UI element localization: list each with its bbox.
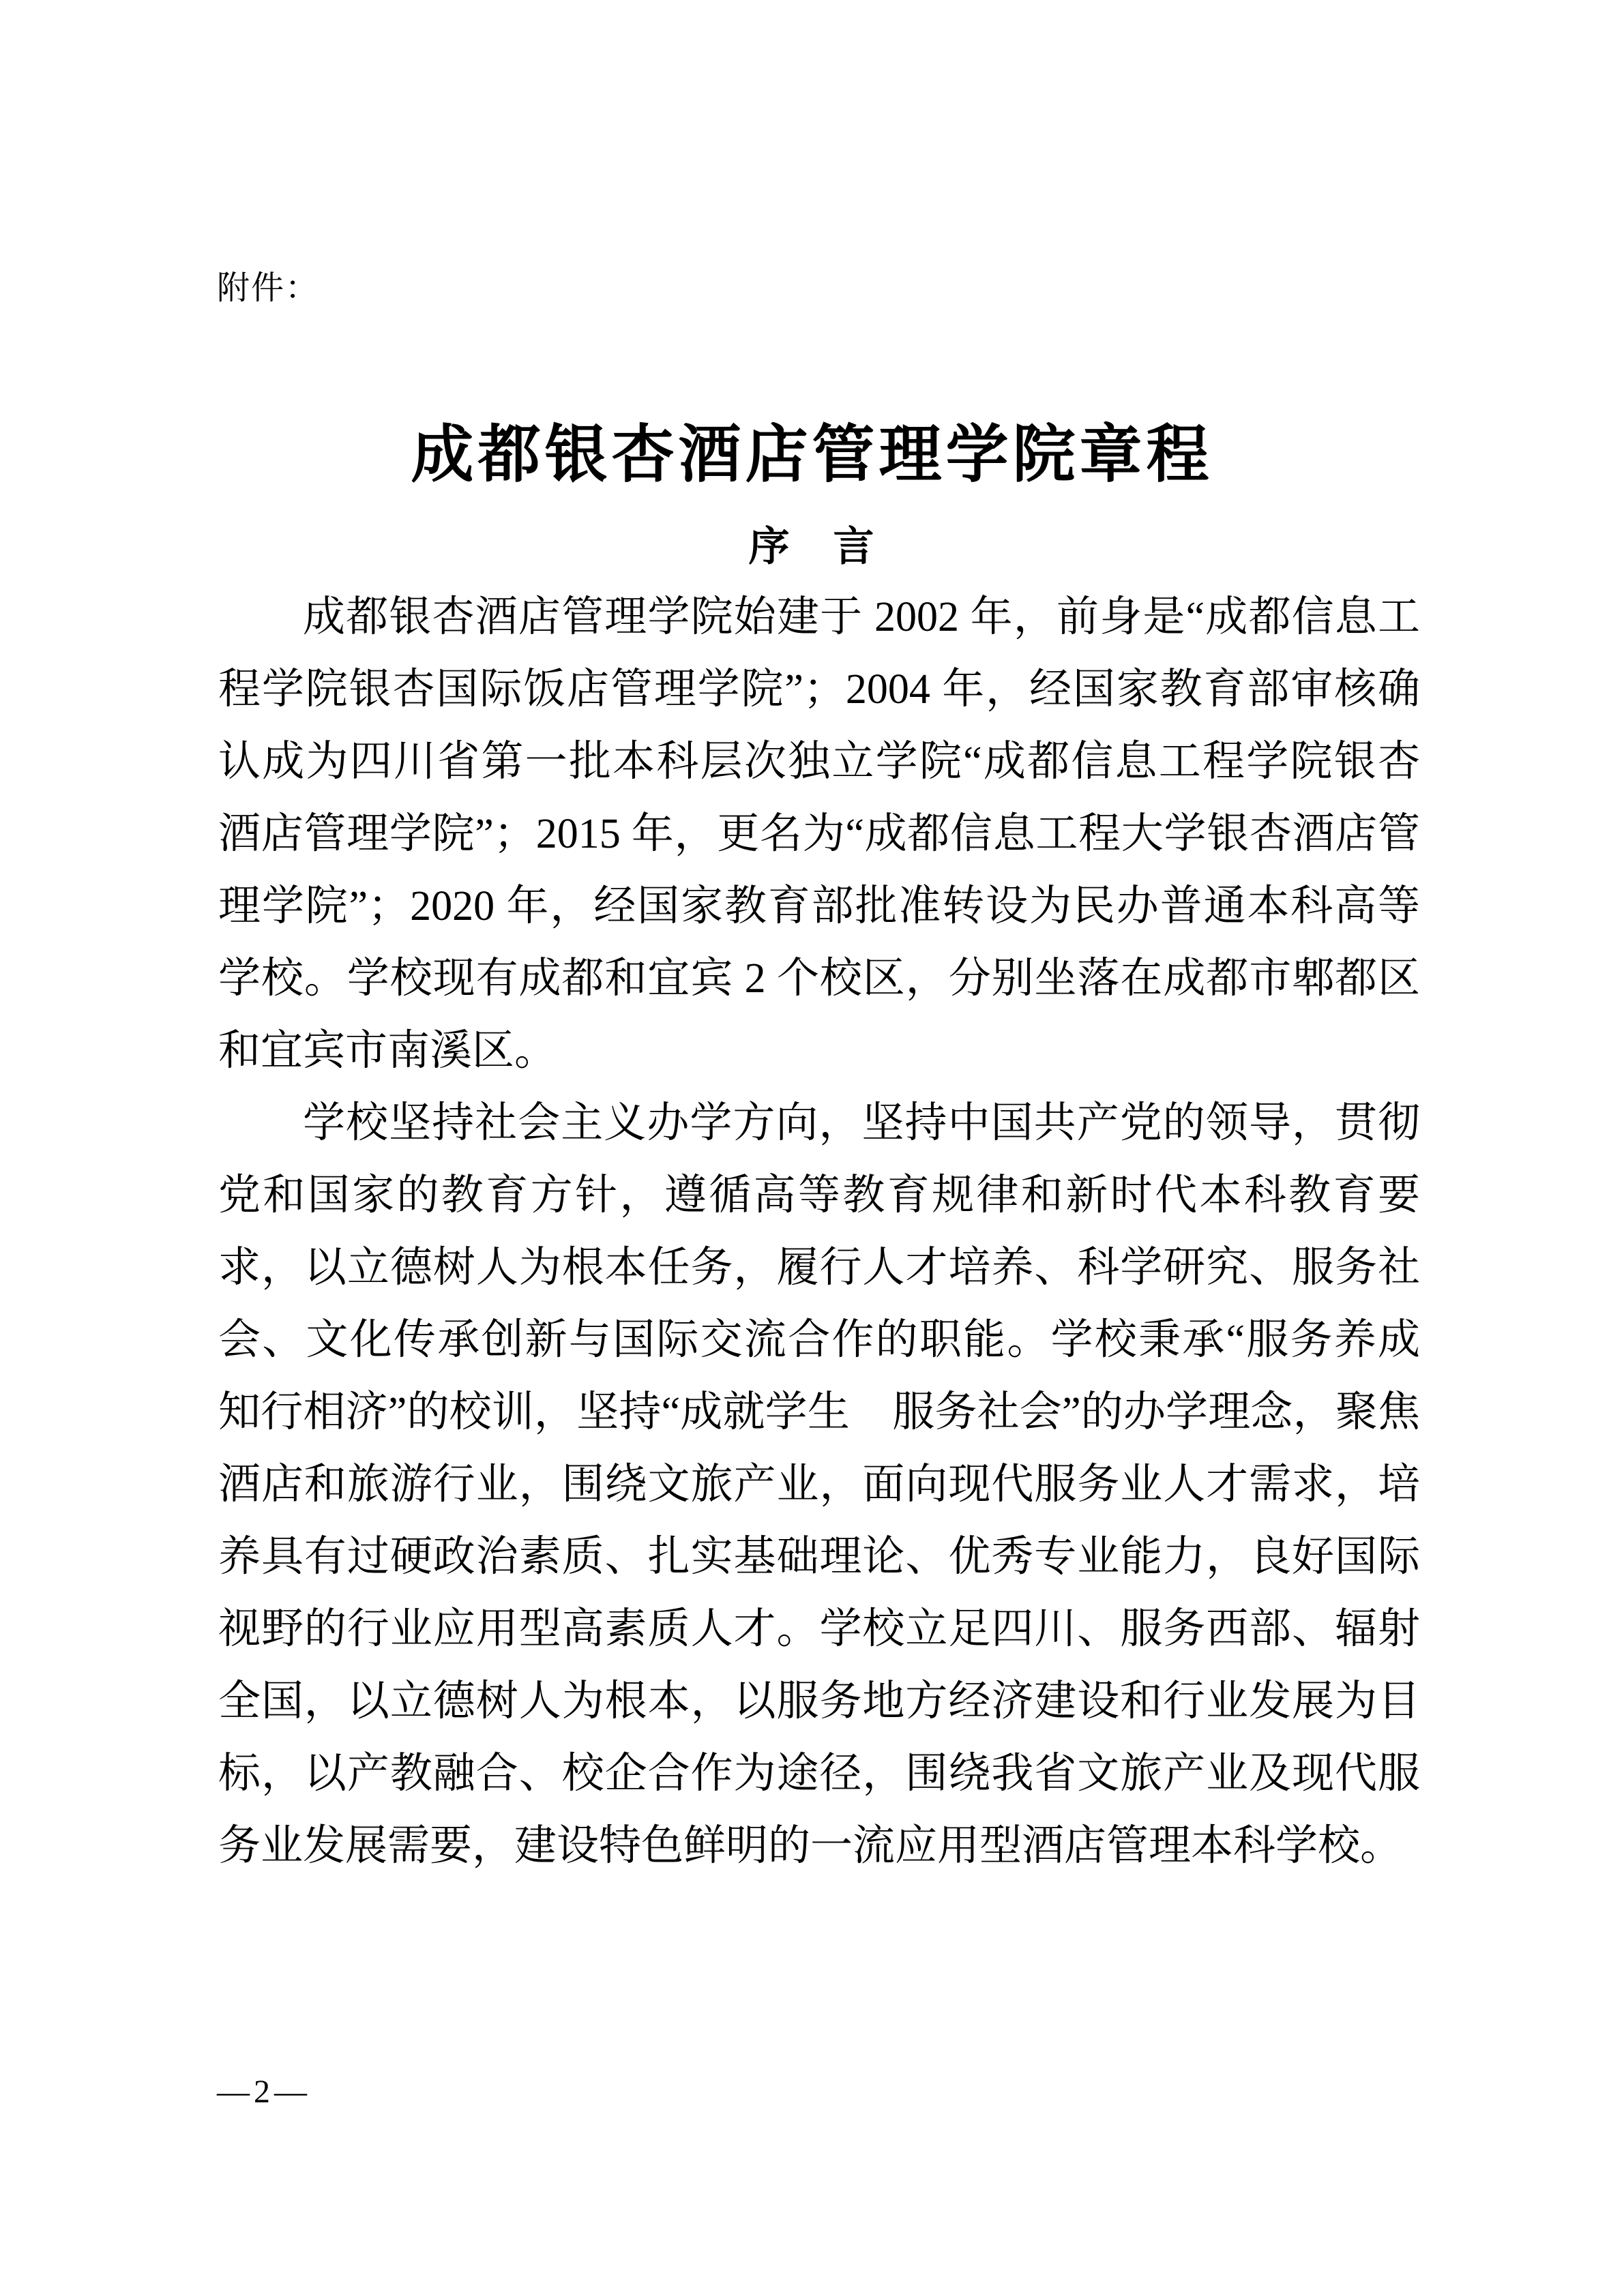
section-heading-preface: 序 言: [0, 514, 1624, 573]
body-paragraph-1: 成都银杏酒店管理学院始建于 2002 年，前身是“成都信息工程学院银杏国际饭店管…: [218, 581, 1420, 1087]
document-body: 成都银杏酒店管理学院始建于 2002 年，前身是“成都信息工程学院银杏国际饭店管…: [218, 581, 1420, 1882]
document-title: 成都银杏酒店管理学院章程: [0, 404, 1624, 494]
body-paragraph-2: 学校坚持社会主义办学方向，坚持中国共产党的领导，贯彻党和国家的教育方针，遵循高等…: [218, 1087, 1420, 1882]
page-number: —2—: [217, 2073, 311, 2111]
document-page: 附件： 成都银杏酒店管理学院章程 序 言 成都银杏酒店管理学院始建于 2002 …: [0, 0, 1624, 2296]
attachment-label: 附件：: [217, 261, 319, 308]
